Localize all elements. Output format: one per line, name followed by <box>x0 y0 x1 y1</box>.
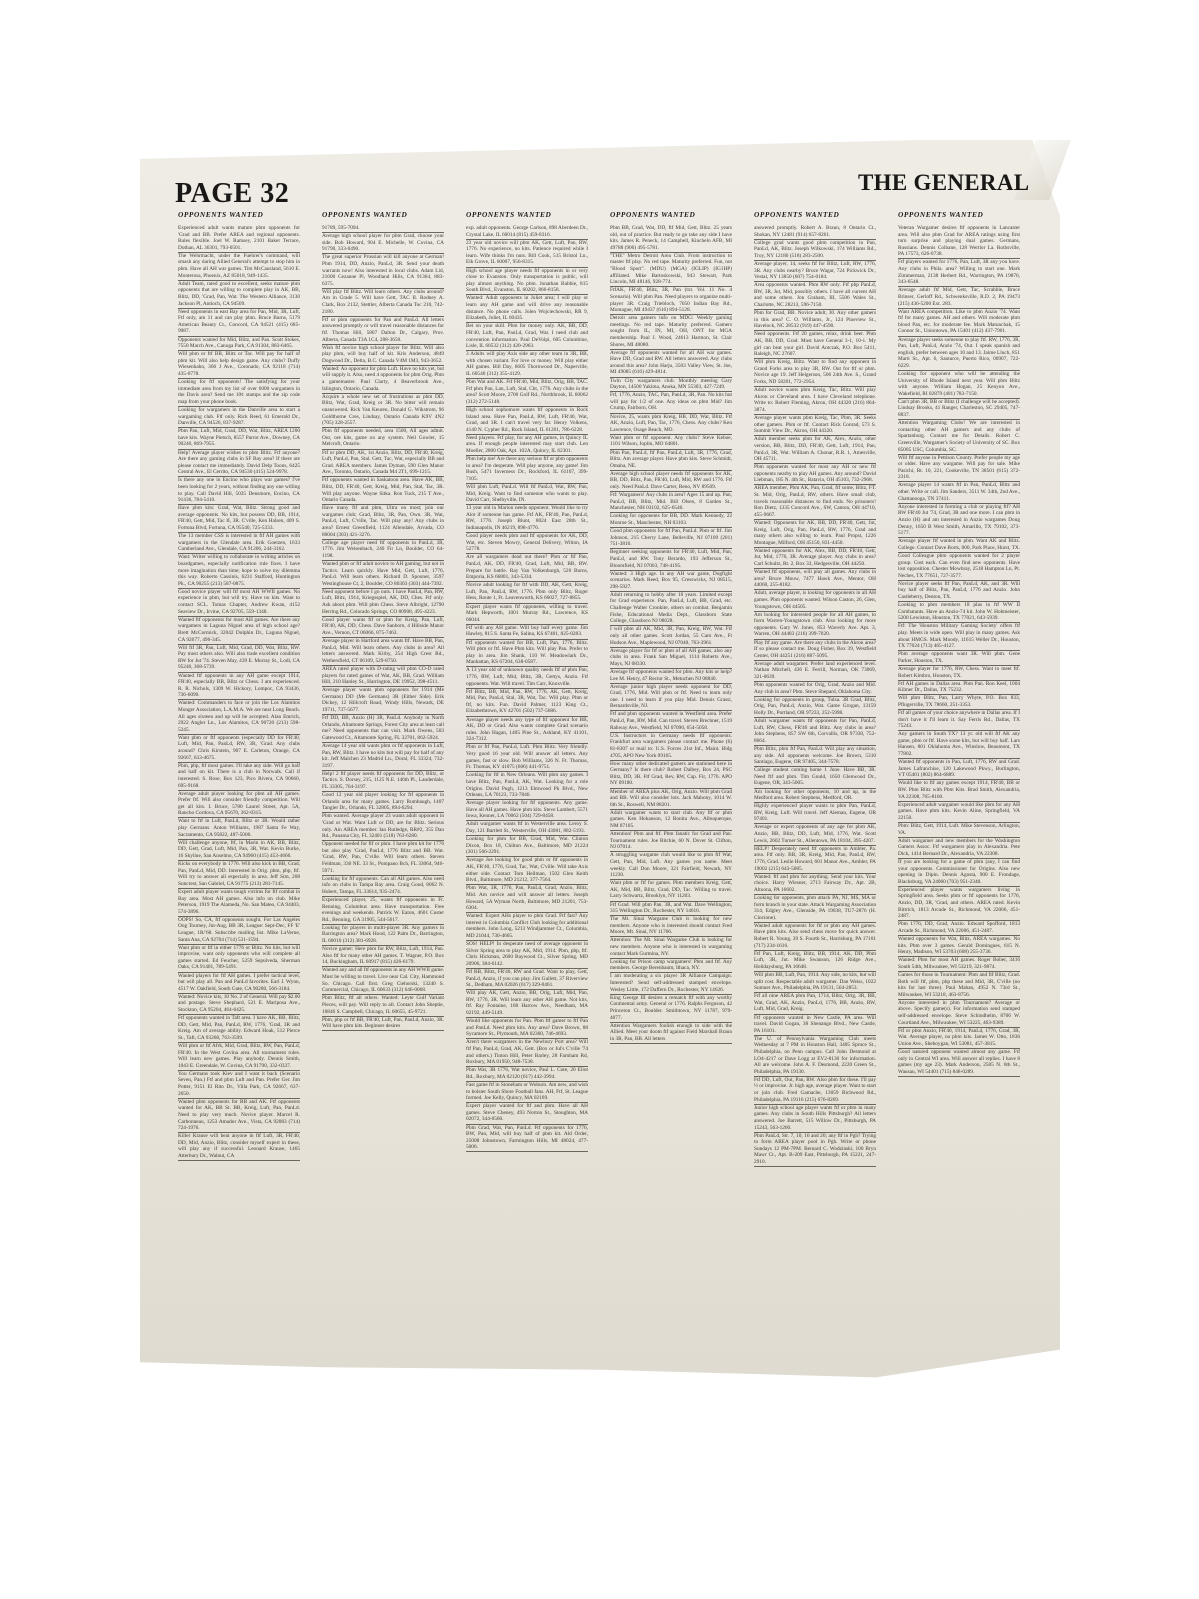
classified-ad: Want pbm or ftf opponent. Any clubs? Ste… <box>610 435 732 450</box>
classified-ad: Games for those in Tournament: Pbm and f… <box>898 972 1020 1000</box>
classified-ad: Pbm opponents wanted for most any AH or … <box>754 464 876 485</box>
classified-ad: Average player for ftf or pbm of all AH … <box>610 648 732 669</box>
classified-ad: College grad wants good pbm competition … <box>754 240 876 261</box>
classified-ad: The Mt. Sinai Wargame Club is looking fo… <box>610 916 732 937</box>
classified-ad: Am looking for other opponents, 10 and u… <box>754 789 876 804</box>
classified-ad: A 13 year old of unknown quality needs f… <box>466 667 588 688</box>
classified-ad: Wanted pbm opponents for BB and AK. Ftf … <box>178 1099 300 1133</box>
classified-ad: Adult wargamer wants ftf in Westerville … <box>466 821 588 836</box>
classified-ad: Wanted opponents for AK, Alex, BB, DD, F… <box>754 548 876 569</box>
classified-ad: Looking for Prison camp wargamers! Pbm a… <box>610 959 732 974</box>
classified-ad: Would like opponents for Pan. Pbm ftf ga… <box>466 1018 588 1039</box>
classified-ad: The 13 member CSS is interested in ftf A… <box>178 533 300 554</box>
classified-ad: U.S. Instructors in Germany needs ftf op… <box>610 733 732 761</box>
column-1: OPPONENTS WANTED Experienced adult wants… <box>178 210 300 1360</box>
classified-ad: Can't pbm 3R, BB or Blitz (I challenge w… <box>898 399 1020 420</box>
classified-ad: Pbm for Grad, BB. Novice adult, 30. Any … <box>754 310 876 331</box>
classified-ad: Ftf AH games in Dallas area. Pbm Pan. Ro… <box>898 681 1020 696</box>
classified-ad: Ftf opponents wanted in New Castle, PA a… <box>754 1015 876 1036</box>
classified-ad: Ftf or pbm opponents for Pan and PanLd. … <box>322 317 444 345</box>
classified-ad: Pbm, pbp or ftf BB, FR'40, Luft, Pan, Pa… <box>322 1017 444 1032</box>
classified-ad: Average player for 1776, RW, Chess. Want… <box>898 666 1020 681</box>
classified-ad: Wanted opponents for Wat, Blitz, AREA wa… <box>898 936 1020 957</box>
classified-ad: Adult returning to hobby after 10 years.… <box>610 592 732 626</box>
classified-ad: Average adult player looking for pbm all… <box>178 791 300 819</box>
classified-ad: Novice adult looking for ftf with DD, AK… <box>466 582 588 603</box>
classified-ad: Will pbm Luft, PanLd. Will ftf PanLd, Wa… <box>466 484 588 505</box>
classified-ad: Veteran Wargamer desires ftf opponents i… <box>898 225 1020 259</box>
classified-ad: 23 year old novice will pbm AK, Gett, Lu… <box>466 240 588 268</box>
classified-ad: Adult, average player, is looking for op… <box>754 590 876 611</box>
classified-ad: Will pbm BB, Luft, Pan, 1914. Any side, … <box>754 972 876 993</box>
classified-ad: Novice gamer: Here pbm for RW, Blitz, Lu… <box>322 946 444 967</box>
classified-ad: Ftf Grad. Will pbm Pan. 3R, and Wat. Dav… <box>610 902 732 917</box>
classified-ad: Wanted adult opponents for ftf or pbm an… <box>754 923 876 951</box>
classified-ad: I will pbm all AK, Mid, 3R, Pan, Kreig, … <box>610 626 732 647</box>
classified-ad: Looking to pbm members 18 plus in ftf WW… <box>898 602 1020 623</box>
classified-ad: Ftf opponents wanted in Taft area. I hav… <box>178 1015 300 1043</box>
column-6: OPPONENTS WANTED Veteran Wargamer desire… <box>898 210 1020 1360</box>
classified-ad: Pbm average opponents want 3R. Will pbm.… <box>898 651 1020 666</box>
classified-ad: Wanted players for ftf AH games. I prefe… <box>178 973 300 994</box>
classified-ad: Want: Writer willing to collaborate in w… <box>178 554 300 588</box>
classified-ad: Average player in Hartford area wants ft… <box>322 638 444 666</box>
classified-ad: Wanted: 3 High age. In any AH war game, … <box>610 571 732 592</box>
classified-ad: Wanted ftf opponents for most AH games. … <box>178 617 300 645</box>
classified-ad: Adult wargamer wants to start club. Any … <box>610 810 732 831</box>
classified-ad: Attention: The Mt. Sinai Wargame Club is… <box>610 937 732 958</box>
classified-ad: Highly experienced player wants to pbm P… <box>754 803 876 824</box>
classified-ad: 13 year old in Marion needs opponent. Wo… <box>466 505 588 533</box>
classified-ad: The Wehrmacht, under the Fuehrer's comma… <box>178 253 300 281</box>
classified-ad: FtfAK, FR'40, Blitz, 3R, Pan (txt. Vol. … <box>610 287 732 315</box>
classified-ad: Average Joe looking for good pbm or ftf … <box>466 857 588 885</box>
classified-ad: High school sophomore wants ftf opponent… <box>466 407 588 435</box>
classified-ad: Looking for opponent who will be attendi… <box>898 371 1020 399</box>
classified-ad: Wanted: Adult opponents in Joliet area; … <box>466 295 588 323</box>
classified-ad: Looking for ftf opponents. Can all AH ga… <box>322 876 444 897</box>
classified-ad: A struggling wargame club would like to … <box>610 852 732 880</box>
classified-ad: Good novice player will ftf most AH WWII… <box>178 589 300 617</box>
classified-ad: Killer Krause will beat anyone in ftf Lu… <box>178 1133 300 1161</box>
classified-ad: Twin City wargamers club. Monthly meetin… <box>610 378 732 393</box>
classified-ad: Want AREA competition. Like to pbm Anzio… <box>898 309 1020 337</box>
classified-ad: Wanted ftf opponents in Pan, Luft, 1776,… <box>898 759 1020 780</box>
classified-ad: Pbm Pan, Luft, Mid, Grad, DD, Wat, Blitz… <box>178 428 300 449</box>
classified-ad: Average adult ftf Mid, Gett, Tac, Scrabb… <box>898 287 1020 308</box>
classified-ad: Expert player wants ftf opponents, willi… <box>466 604 588 625</box>
classified-ad: Pbm Pan, PanLd, ftf Pan, PanLd, Luft, 3R… <box>610 450 732 471</box>
classified-ad: Pbm Wat, 3R, 1776, Pan, PanLd, Grad, Anz… <box>466 885 588 913</box>
classified-ad: Will ftf anyone in Pettison County. Pref… <box>898 455 1020 483</box>
classified-ad: Wanted: An opponent for pbm Luft. Have n… <box>322 366 444 394</box>
classified-ad: I am moderating a six player 3R Alliance… <box>610 973 732 994</box>
classified-ad: Experienced adult wants mature pbm oppon… <box>178 225 300 253</box>
classified-ad: Pbm PanLd, Str. 7, 10, 16 and 20; any ft… <box>754 1133 876 1167</box>
classified-ad: Pbm, pbp, ftf most games. I'll take any … <box>178 763 300 791</box>
classified-ad: Average player wants pbm opponents for 1… <box>322 687 444 715</box>
classified-ad: OOPS! So, CA, ftf opponents sought. For … <box>178 917 300 945</box>
classified-ad: Pbm Grad, Wat, Pan, PanLd. Ftf opponents… <box>466 1125 588 1153</box>
classified-ad: Novice, 25, wants pbm Kreig, BB, DD, Wat… <box>610 414 732 435</box>
classified-ad: Attention! Pbm and ftf. Pbm fanatic for … <box>610 831 732 852</box>
classified-ad: Looking for players in multi-player 3R. … <box>322 925 444 946</box>
classified-ad: Adult wargamer wants ftf opponents for P… <box>754 718 876 746</box>
classified-ad: Ftf opponents wanted for BB, Luft, Pan, … <box>466 640 588 668</box>
classified-ad: Pbm Wat and AK. Ftf FR'40, Mid, Blitz, O… <box>466 379 588 407</box>
classified-ad: Looking for pbm for BB, Grad, Mid, Wat. … <box>466 836 588 857</box>
classified-ad: Average junior high player needs opponen… <box>610 684 732 712</box>
classified-ad: Looking for opponents, pbm attack PA, NJ… <box>754 895 876 923</box>
classified-ad: Opponents wanted for Mid, Blitz, and Pan… <box>178 337 300 352</box>
classified-ad: Average player seeks someone to play ftf… <box>898 337 1020 371</box>
classified-ad: Need players. Ftf play, for any AH games… <box>466 435 588 456</box>
classified-ad: Pbm BB, Grad, Wat, DD, ftf Mid, Gett, Bl… <box>610 225 732 253</box>
classified-ad: Average high school player needs ftf opp… <box>610 471 732 492</box>
classified-ad: Good pbm opponents for ftf Pan, PanLd. P… <box>610 528 732 549</box>
classified-ad: Pbm opponents wanted for Orig, Grad, Anz… <box>754 682 876 697</box>
classified-ad: Wanted: Expert AHs player to pbm Grad. F… <box>466 913 588 941</box>
classified-ad: Ftf all nine AREA pbm Pan, 1714, Blitz, … <box>754 993 876 1014</box>
classified-ad: Detroit area gamers info on MDG: Weekly … <box>610 315 732 349</box>
classified-ad: SOS! HELP! In desperate need of average … <box>466 941 588 969</box>
classified-ad: Have many ftf and pbm, Ultra on most; jo… <box>322 505 444 539</box>
classified-ad: Ftf or pbm DD, AK, 1st Anzio, Blitz, DD,… <box>322 450 444 478</box>
classified-ad: Pbm Blitz, pbm ftf Pan, PanLd. Will play… <box>754 746 876 767</box>
classified-ad: Ftf DD, Luft, Out, Pan, RW. Also pbm for… <box>754 1077 876 1105</box>
classified-ad: Will pbm Kreig, Blitz. Want to find any … <box>754 359 876 387</box>
classified-ad: Would like to ftf any games except 1914,… <box>898 780 1020 801</box>
classified-ad: Want pbm or ftf in either 1776 or Blitz.… <box>178 945 300 973</box>
classified-ad: Member of AREA plus AK, Orig, Anzio. Wil… <box>610 789 732 810</box>
classified-ad: Will ftf 3R, Pan, Luft, Mid, Grad, DD, W… <box>178 645 300 673</box>
column-heading: OPPONENTS WANTED <box>754 210 876 219</box>
classified-ad: Good player wants ftf or pbm for Kreig, … <box>322 617 444 638</box>
classified-ad: If you are looking for a game of pbm (an… <box>898 859 1020 887</box>
classified-ad: Average high school player for pbm Grad,… <box>322 233 444 254</box>
classified-ad: Average ftf opponents wanted for pbm. An… <box>610 669 732 684</box>
classified-ad: Will play ftf Blitz. Will learn others. … <box>322 289 444 317</box>
classified-ad: Acquire a whole new set of frustrations … <box>322 394 444 428</box>
classified-ad: Wanted any and all ftf opponents in any … <box>322 967 444 995</box>
classified-ad: Ftf with any AH game. Will buy half ever… <box>466 625 588 640</box>
classified-ad: Ftf and pbm opponents wanted in Westfiel… <box>610 711 732 732</box>
classified-ad: Average player 14 wants ftf in Pan, PanL… <box>898 482 1020 503</box>
classified-ad: "THE" Metro Detroit Area Club. From inst… <box>610 253 732 287</box>
classified-ad: AREA member, Pbm AK, Pan, Grad, ftf some… <box>754 485 876 519</box>
column-4: OPPONENTS WANTED Pbm BB, Grad, Wat, DD, … <box>610 210 732 1360</box>
classified-ad: Good 12 year old player looking for ftf … <box>322 792 444 813</box>
classified-ad: Average player wants pbm Kreig, Tac, Pbm… <box>754 415 876 436</box>
classified-ad: Pbm Blitz, ftf all others. Wanted: Leyte… <box>322 995 444 1016</box>
magazine-masthead: THE GENERAL <box>858 170 1029 196</box>
column-heading: OPPONENTS WANTED <box>610 210 732 219</box>
classified-ad: Adult member seeks pbm for AK, Alex, Anz… <box>754 436 876 464</box>
classified-ad: Ftf DD, BB, Anzio (H) 3R, PanLd. Anybody… <box>322 715 444 743</box>
classified-ad: Area opponents wanted. Pbm RW only. Ftf … <box>754 282 876 310</box>
column-heading: OPPONENTS WANTED <box>898 210 1020 219</box>
classified-ad: Wanted ftf opponents, will play all game… <box>754 569 876 590</box>
classified-ad: Play ftf any game. Are there any clubs i… <box>754 640 876 661</box>
classified-ad: Ftf: Wargamers! Any clubs in area? Ages … <box>610 492 732 513</box>
classified-columns: OPPONENTS WANTED Experienced adult wants… <box>178 210 1020 1360</box>
classified-ad: Ftf or pbm Anzio, FR'40, 1914, PanLd, 17… <box>898 1028 1020 1049</box>
classified-ad: Are all wargamers dead out there? Pbm or… <box>466 554 588 582</box>
classified-ad: Am looking for interested people for all… <box>754 612 876 640</box>
classified-ad: Ftf, 1776, Anzio, TAC, Pan, PanLd, 3R, P… <box>610 392 732 413</box>
classified-ad: Average or expert opponents of any age f… <box>754 824 876 845</box>
classified-ad: The great superior Prussian will kill an… <box>322 254 444 288</box>
column-heading: OPPONENTS WANTED <box>178 210 300 219</box>
classified-ad: Pbm Wat, 3R 1776, Wat novice, Paul L. Co… <box>466 1067 588 1082</box>
classified-ad: answered promptly. Robert A. Braun, 8 On… <box>754 225 876 240</box>
classified-ad: Experienced adult wargamer would like pb… <box>898 802 1020 823</box>
classified-ad: Beginner seeking opponents for FR'40, Lu… <box>610 549 732 570</box>
classified-ad: Wanted: Opponents for AK, BB, DD, FR'40,… <box>754 520 876 548</box>
classified-ad: Wish ftf novice high school player for B… <box>322 345 444 366</box>
classified-ad: Need opponents. Ftf 20 games, relax, dri… <box>754 331 876 359</box>
classified-ad: Average 14 year old wants pbm or ftf opp… <box>322 743 444 771</box>
classified-ad: Pbm or ftf Pan, PanLd, Luft. Pbm Blitz. … <box>466 744 588 772</box>
classified-ad: Ftf: The 'Houston Military Gaming Societ… <box>898 623 1020 651</box>
classified-ad: Will pbm or ftf Afrk, Mid, Grad, Blitz, … <box>178 1043 300 1071</box>
classified-ad: Ftf BB, Blitz, FR'40, RW and Grad. Want … <box>466 969 588 990</box>
classified-ad: Will play AK, Gett, Anzio, BB, Orig, Luf… <box>466 990 588 1018</box>
classified-ad: Junior high school age player wants ftf … <box>754 1105 876 1133</box>
classified-ad: Attention Wargamers foolish enough to si… <box>610 1023 732 1044</box>
classified-ad: Kicks on everybody in 1776. Will also ki… <box>178 861 300 889</box>
classified-ad: Pbm: Blitz, Gett, 1914, Luft. Mike Steve… <box>898 823 1020 838</box>
classified-ad: High school age player needs ftf opponen… <box>466 268 588 296</box>
column-3: OPPONENTS WANTED exp. adult opponents. G… <box>466 210 588 1360</box>
classified-ad: The U. of Pennsylvania Wargaming Club me… <box>754 1036 876 1077</box>
classified-ad: Fast game ftf in Stoneham or Woburn. Am … <box>466 1082 588 1103</box>
classified-ad: Attention Wargaming Clubs! We are intere… <box>898 420 1020 454</box>
classified-ad: Looking for opponents in group, Tulsa. 3… <box>754 697 876 718</box>
classified-ad: Expert player wanted for ftf and pbm. Ha… <box>466 1103 588 1124</box>
classified-ad: Will pbm or ftf BB, Blitz or Tac. Will p… <box>178 351 300 379</box>
classified-ad: Ftf Blitz, BB, Mid, Pan, RW, 1776, AK, G… <box>466 689 588 717</box>
classified-ad: 3 Adults will play Axis side any other t… <box>466 351 588 379</box>
classified-ad: King George III desires a rematch ftf wi… <box>610 995 732 1023</box>
classified-ad: You Germans took Kiev and I want it back… <box>178 1071 300 1099</box>
classified-ad: Will challenge anyone, ftf, in Marin in … <box>178 840 300 861</box>
classified-ad: Pbm wanted. Average player 23 wants adul… <box>322 813 444 841</box>
classified-ad: Average ftf opponents wanted for all AH … <box>610 350 732 378</box>
classified-ad: Adult Team, rated good to excellent, see… <box>178 281 300 309</box>
classified-ad: Wanted: Pbm for most AH games. Roger Bob… <box>898 957 1020 972</box>
column-2: OPPONENTS WANTED 91789, 595-7094.Average… <box>322 210 444 1360</box>
classified-ad: Need opponents in east Bay area for Pan,… <box>178 309 300 337</box>
classified-ad: Pbm help me! Are there any serious ftf o… <box>466 456 588 484</box>
classified-ad: Good natured opponent wanted almost any … <box>898 1049 1020 1077</box>
classified-ad: Any gamers in South TX? 13 yr. old will … <box>898 731 1020 759</box>
classified-ad: Ftf opponents wanted in Saskatoon area. … <box>322 477 444 505</box>
classified-ad: Looking for ftf in New Orleans. Will pbm… <box>466 772 588 800</box>
classified-ad: Average adult wargamer. Prefer land expe… <box>754 661 876 682</box>
classified-ad: Want to ftf in Luft, PanLd, Blitz or 3R.… <box>178 818 300 839</box>
classified-ad: Looking for wargamers in the Danville ar… <box>178 407 300 428</box>
classified-ad: Will pbm Blitz, Pan, Larry Whyte, P.O. B… <box>898 695 1020 710</box>
classified-ad: Wanted ftf opponents in any AH game exce… <box>178 673 300 701</box>
classified-ad: Average player, 14, seeks ftf for Blitz,… <box>754 261 876 282</box>
classified-ad: Bet on your skill. Pbm for money only. A… <box>466 323 588 351</box>
classified-ad: Need opponent before I go nuts. I have P… <box>322 589 444 617</box>
classified-ad: Adult novice wants pbm Kreig, Tac, Blitz… <box>754 387 876 415</box>
classified-ad: Aren't there wargamers in the Newbury Po… <box>466 1039 588 1067</box>
classified-ad: Adult wargamer and new members for the W… <box>898 838 1020 859</box>
classified-ad: Opponent needed for ftf or pbm. I have p… <box>322 841 444 875</box>
classified-ad: Wanted pbm or ftf adult novice to AH gam… <box>322 561 444 589</box>
classified-ad: Good player needs pbm and ftf opponents … <box>466 533 588 554</box>
classified-ad: Ftf players wanted for 1776, Pan, Luft, … <box>898 259 1020 287</box>
classified-ad: Good Colleague pbm opponents wanted for … <box>898 553 1020 581</box>
classified-ad: Wanted: Novice kits, 10 No. 2 of General… <box>178 994 300 1015</box>
classified-ad: Want pbm or ftf for games. Pbm members K… <box>610 880 732 901</box>
classified-ad: Anyone interested in pbm Tournament? Ave… <box>898 1000 1020 1028</box>
classified-ad: Looking for ftf opponents! The satisfyin… <box>178 379 300 407</box>
classified-ad: Experienced player wants wargamers livin… <box>898 887 1020 921</box>
classified-ad: AREA rated player with D-rating will pbm… <box>322 666 444 687</box>
column-heading: OPPONENTS WANTED <box>322 210 444 219</box>
classified-ad: Expert adult player wants tough victims … <box>178 889 300 917</box>
classified-ad: How many other dedicated gamers are stat… <box>610 761 732 789</box>
classified-ad: College student coming home 1 June. Have… <box>754 767 876 788</box>
classified-ad: Wanted: Commanders to face or join the L… <box>178 700 300 734</box>
classified-ad: Is there any one in Encino who plays war… <box>178 477 300 505</box>
classified-ad: Experienced player, 25, wants ftf oppone… <box>322 897 444 925</box>
classified-ad: 91789, 595-7094. <box>322 225 444 233</box>
classified-ad: Have pbm kits: Grad, Wat, Blitz. Strong … <box>178 505 300 533</box>
classified-ad: exp. adult opponents. George Carlson, 89… <box>466 225 588 240</box>
classified-ad: Average player needs any type of ftf opp… <box>466 717 588 745</box>
classified-ad: Want pbm or ftf opponents (especially DD… <box>178 735 300 763</box>
classified-ad: Looking for opponents for BB, DD. Mark K… <box>610 513 732 528</box>
classified-ad: Average player looking for ftf opponents… <box>466 800 588 821</box>
classified-ad: Pbm ftf opponents needed, area 1500, All… <box>322 428 444 449</box>
classified-ad: Average player ftf wanted in pbm. Want A… <box>898 538 1020 553</box>
classified-ad: Help! Average player wishes to pbm Blitz… <box>178 450 300 478</box>
classified-ad: Anyone interested in forming a club or p… <box>898 504 1020 538</box>
page-number: PAGE 32 <box>175 178 289 210</box>
column-5: OPPONENTS WANTED answered promptly. Robe… <box>754 210 876 1360</box>
classified-ad: Help! 2 ftf player needs ftf opponents f… <box>322 771 444 792</box>
classified-ad: Wanted: ftf and pbm for anything. Send y… <box>754 874 876 895</box>
column-heading: OPPONENTS WANTED <box>466 210 588 219</box>
classified-ad: Novice player seeks ftf Pan, PanLd, AK, … <box>898 581 1020 602</box>
classified-ad: College age player need ftf opponents in… <box>322 540 444 561</box>
classified-ad: Ftf Pan, Luft, Kreig, Blitz, BB, 1914, A… <box>754 951 876 972</box>
classified-ad: Ftf all games of your choice anywhere in… <box>898 710 1020 731</box>
classified-ad: Pbm 1776, DD, Grad, Anzio. Edward Spoffo… <box>898 921 1020 936</box>
classified-ad: HELP! Desperately need ftf opponents in … <box>754 846 876 874</box>
